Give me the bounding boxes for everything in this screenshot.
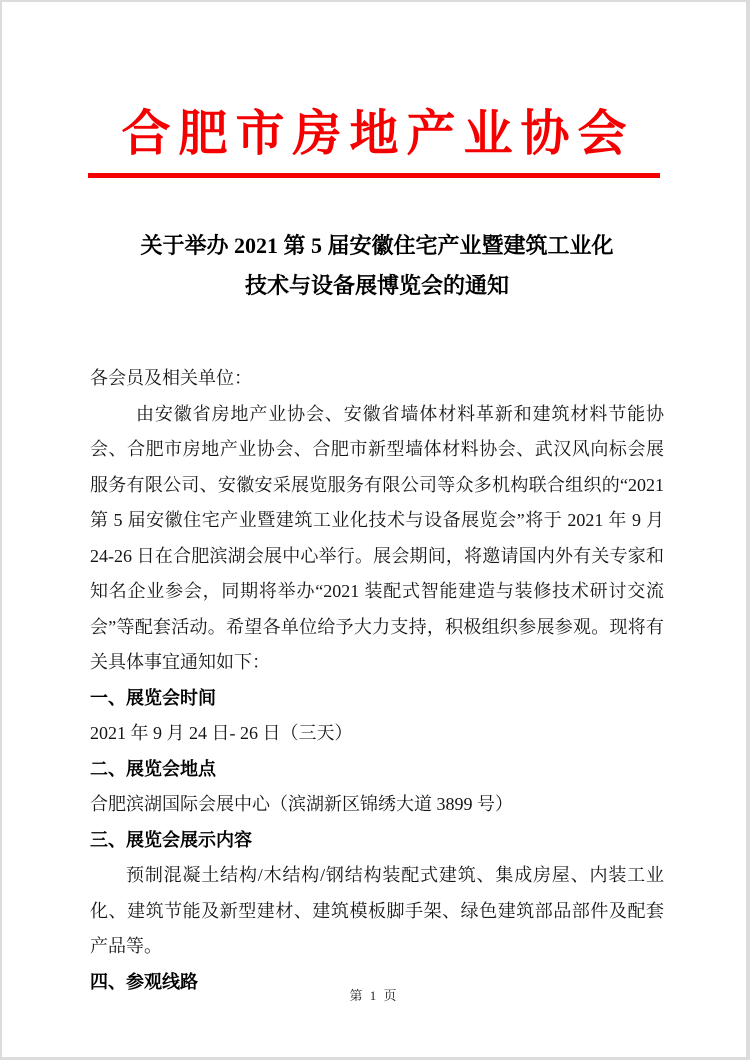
section-3-heading: 三、展览会展示内容 [90,823,664,859]
notice-document: 合肥市房地产业协会 关于举办 2021 第 5 届安徽住宅产业暨建筑工业化 技术… [0,0,750,1060]
letterhead-org-name: 合肥市房地产业协会 [88,104,660,164]
page-footer: 第 1 页 [2,985,746,1004]
section-2-body: 合肥滨湖国际会展中心（滨湖新区锦绣大道 3899 号） [90,787,664,823]
letterhead: 合肥市房地产业协会 [88,104,660,178]
section-1-heading: 一、展览会时间 [90,681,664,717]
notice-title-line1: 关于举办 2021 第 5 届安徽住宅产业暨建筑工业化 [90,226,664,266]
section-2-heading: 二、展览会地点 [90,752,664,788]
intro-paragraph: 由安徽省房地产业协会、安徽省墙体材料革新和建筑材料节能协会、合肥市房地产业协会、… [90,397,664,681]
letterhead-divider [88,173,660,178]
page-number: 第 1 页 [349,988,398,1003]
notice-body: 各会员及相关单位： 由安徽省房地产业协会、安徽省墙体材料革新和建筑材料节能协会、… [90,361,664,1000]
salutation: 各会员及相关单位： [90,361,664,397]
notice-title: 关于举办 2021 第 5 届安徽住宅产业暨建筑工业化 技术与设备展博览会的通知 [90,226,664,306]
notice-title-line2: 技术与设备展博览会的通知 [90,266,664,306]
section-3-body: 预制混凝土结构/木结构/钢结构装配式建筑、集成房屋、内装工业化、建筑节能及新型建… [90,858,664,965]
section-1-body: 2021 年 9 月 24 日- 26 日（三天） [90,716,664,752]
